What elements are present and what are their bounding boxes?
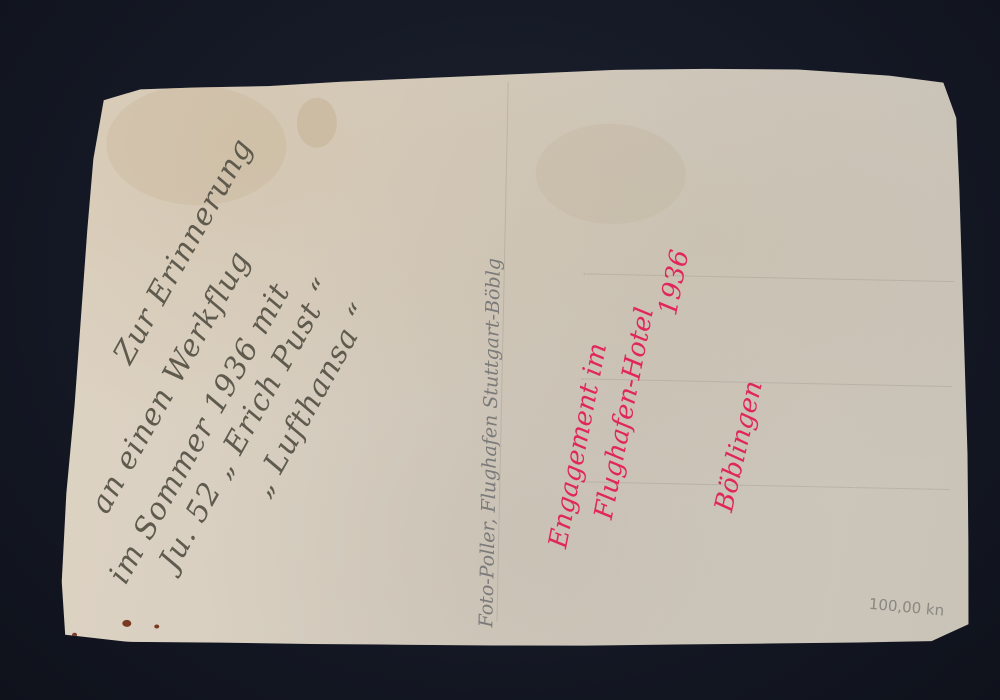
address-line — [579, 481, 949, 490]
red-note-line: 1936 — [653, 247, 695, 318]
price-note: 100,00 kn — [868, 595, 945, 620]
rust-spot — [154, 624, 159, 628]
aging-stain — [296, 97, 337, 148]
address-line — [584, 273, 954, 282]
rust-spot — [122, 620, 131, 627]
red-note-line: Böblingen — [709, 378, 769, 515]
aging-stain — [535, 122, 687, 225]
rust-spot — [72, 633, 77, 637]
postcard-back: Zur Erinnerung an einen Werkflug im Somm… — [56, 53, 980, 660]
aging-stain — [105, 83, 287, 207]
photographer-credit: Foto-Poller, Flughafen Stuttgart-Böblg — [475, 258, 505, 628]
